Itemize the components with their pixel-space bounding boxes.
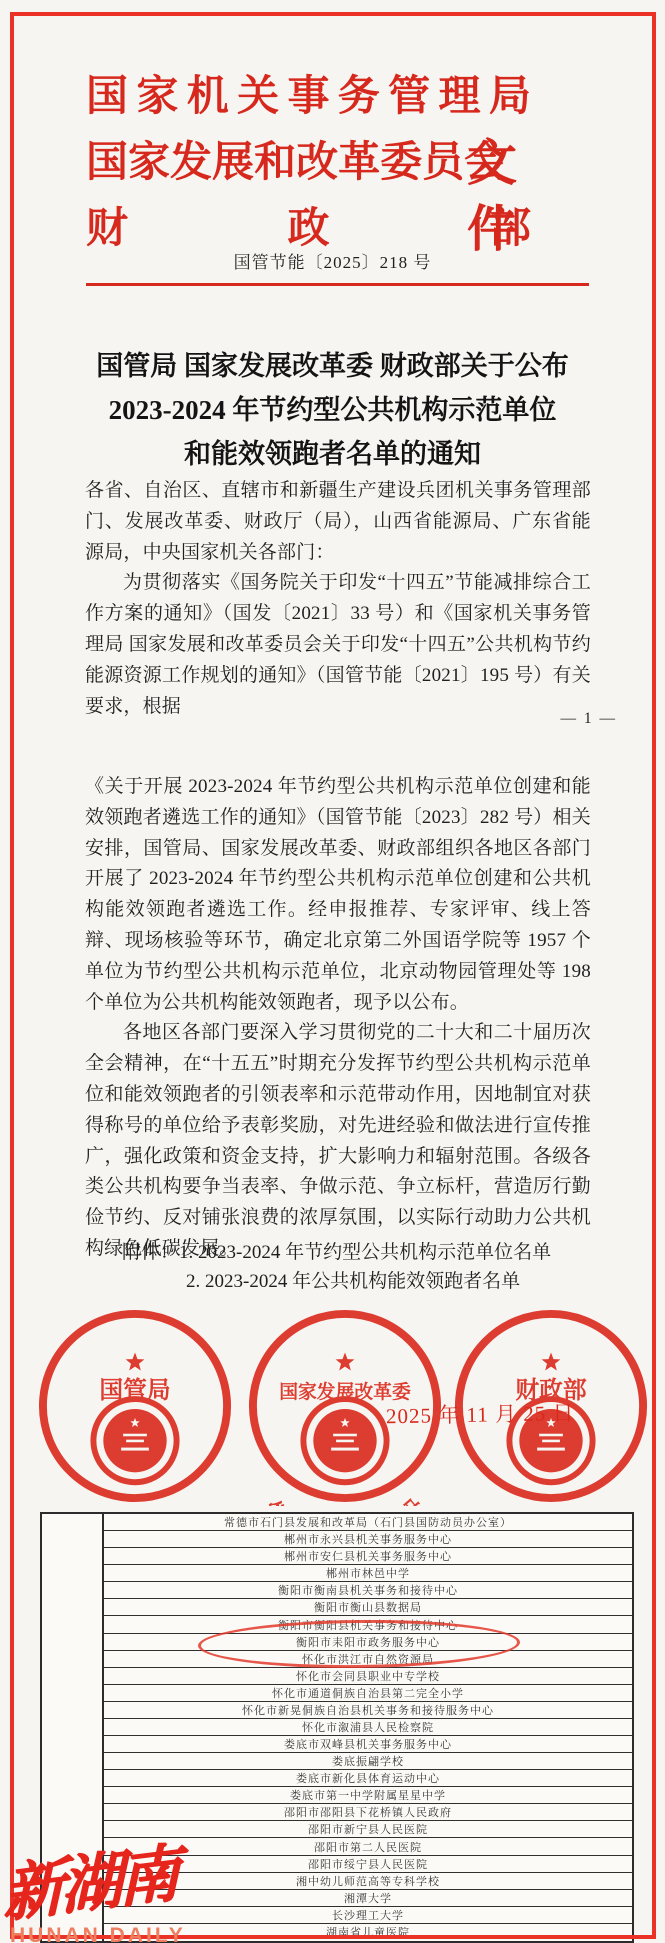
table-row: 娄底市新化县体育运动中心 bbox=[104, 1770, 632, 1787]
attachment-item-1: 1. 2023-2024 年节约型公共机构示范单位名单 bbox=[179, 1242, 551, 1263]
document-title: 国管局 国家发展改革委 财政部关于公布 2023-2024 年节约型公共机构示范… bbox=[65, 344, 600, 476]
attachment-item-2: 2. 2023-2024 年公共机构能效领跑者名单 bbox=[186, 1271, 520, 1292]
table-row: 湘潭大学 bbox=[104, 1890, 632, 1907]
table-row: 衡阳市衡山县数据局 bbox=[104, 1599, 632, 1616]
letterhead-char: 家 bbox=[136, 64, 178, 130]
national-emblem-icon bbox=[303, 1399, 386, 1482]
attachment-line-2: 2. 2023-2024 年公共机构能效领跑者名单 bbox=[186, 1267, 551, 1296]
letterhead-char: 发 bbox=[170, 130, 212, 196]
table-row: 娄底市第一中学附属星星中学 bbox=[104, 1787, 632, 1804]
letterhead-char: 员 bbox=[422, 130, 464, 196]
table-row: 邵阳市第二人民医院 bbox=[104, 1838, 632, 1855]
table-row: 怀化市会同县职业中专学校 bbox=[104, 1668, 632, 1685]
table-row: 常德市石门县发展和改革局（石门县国防动员办公室） bbox=[104, 1514, 632, 1531]
paragraph-2: 《关于开展 2023-2024 年节约型公共机构示范单位创建和能效领跑者遴选工作… bbox=[85, 772, 591, 1018]
table-row: 娄底振翩学校 bbox=[104, 1753, 632, 1770]
table-row: 衡阳市耒阳市政务服务中心 bbox=[104, 1634, 632, 1651]
title-line-1: 国管局 国家发展改革委 财政部关于公布 bbox=[65, 344, 600, 388]
letterhead-char: 机 bbox=[187, 64, 229, 130]
table-row: 怀化市通道侗族自治县第二完全小学 bbox=[104, 1685, 632, 1702]
table-row: 娄底市双峰县机关事务服务中心 bbox=[104, 1736, 632, 1753]
table-row: 怀化市溆浦县人民检察院 bbox=[104, 1719, 632, 1736]
letterhead-char: 革 bbox=[338, 130, 380, 196]
seal-guoguanju: 国家机关事务管理局 国管局 bbox=[36, 1306, 234, 1506]
attachments: 附件：1. 2023-2024 年节约型公共机构示范单位名单 2. 2023-2… bbox=[122, 1238, 551, 1296]
table-row: 郴州市永兴县机关事务服务中心 bbox=[104, 1531, 632, 1548]
title-line-2: 2023-2024 年节约型公共机构示范单位 bbox=[65, 388, 600, 432]
title-line-3: 和能效领跑者名单的通知 bbox=[65, 432, 600, 476]
letterhead: 国家机关事务管理局 国家发展和改革委员会 财政部 文件 bbox=[86, 64, 566, 262]
table-left-column bbox=[42, 1514, 104, 1941]
letterhead-char: 理 bbox=[439, 64, 481, 130]
table-row: 衡阳市衡阳县机关事务和接待中心 bbox=[104, 1616, 632, 1633]
salutation-paragraph: 各省、自治区、直辖市和新疆生产建设兵团机关事务管理部门、发展改革委、财政厅（局）… bbox=[85, 476, 591, 568]
seal-star-icon bbox=[542, 1353, 561, 1371]
letterhead-agency-1: 国家机关事务管理局 bbox=[86, 64, 531, 130]
table-row: 衡阳市衡南县机关事务和接待中心 bbox=[104, 1582, 632, 1599]
paragraph-3: 各地区各部门要深入学习贯彻党的二十大和二十届历次全会精神，在“十五五”时期充分发… bbox=[85, 1018, 591, 1264]
body-page-1: 各省、自治区、直辖市和新疆生产建设兵团机关事务管理部门、发展改革委、财政厅（局）… bbox=[85, 476, 591, 722]
table-row: 邵阳市绥宁县人民医院 bbox=[104, 1856, 632, 1873]
letterhead-char: 国 bbox=[86, 130, 128, 196]
attachments-label: 附件： bbox=[122, 1242, 179, 1263]
red-divider-line bbox=[86, 283, 589, 286]
signature-date: 2025 年 11 月 25 日 bbox=[386, 1396, 646, 1431]
table-row: 邵阳市新宁县人民医院 bbox=[104, 1821, 632, 1838]
letterhead-char: 改 bbox=[296, 130, 338, 196]
attachment-line-1: 附件：1. 2023-2024 年节约型公共机构示范单位名单 bbox=[122, 1238, 551, 1267]
table-row: 怀化市洪江市自然资源局 bbox=[104, 1651, 632, 1668]
page-number: — 1 — bbox=[561, 710, 618, 728]
letterhead-char: 管 bbox=[388, 64, 430, 130]
body-page-2: 《关于开展 2023-2024 年节约型公共机构示范单位创建和能效领跑者遴选工作… bbox=[85, 772, 591, 1265]
seal-star-icon bbox=[126, 1353, 145, 1371]
document-number: 国管节能〔2025〕218 号 bbox=[0, 248, 665, 273]
letterhead-agency-2: 国家发展和改革委员会 bbox=[86, 130, 476, 196]
paragraph-1: 为贯彻落实《国务院关于印发“十四五”节能减排综合工作方案的通知》（国发〔2021… bbox=[85, 568, 591, 722]
table-row: 邵阳市邵阳县下花桥镇人民政府 bbox=[104, 1804, 632, 1821]
table-row: 湖南省儿童医院 bbox=[104, 1924, 632, 1941]
official-document-page: 国家机关事务管理局 国家发展和改革委员会 财政部 文件 国管节能〔2025〕21… bbox=[0, 0, 665, 1943]
letterhead-char: 局 bbox=[489, 64, 531, 130]
unit-list-table: 常德市石门县发展和改革局（石门县国防动员办公室）郴州市永兴县机关事务服务中心郴州… bbox=[40, 1512, 634, 1943]
letterhead-char: 委 bbox=[380, 130, 422, 196]
letterhead-char: 和 bbox=[254, 130, 296, 196]
table-row: 郴州市林邑中学 bbox=[104, 1565, 632, 1582]
table-row: 湘中幼儿师范高等专科学校 bbox=[104, 1873, 632, 1890]
letterhead-suffix-wenjian: 文件 bbox=[467, 130, 566, 196]
letterhead-char: 关 bbox=[237, 64, 279, 130]
national-emblem-icon bbox=[93, 1399, 176, 1482]
letterhead-char: 国 bbox=[86, 64, 128, 130]
letterhead-char: 展 bbox=[212, 130, 254, 196]
letterhead-char: 事 bbox=[287, 64, 329, 130]
table-row: 怀化市新晃侗族自治县机关事务和接待服务中心 bbox=[104, 1702, 632, 1719]
table-rows: 常德市石门县发展和改革局（石门县国防动员办公室）郴州市永兴县机关事务服务中心郴州… bbox=[104, 1514, 632, 1941]
letterhead-char: 家 bbox=[128, 130, 170, 196]
table-row: 郴州市安仁县机关事务服务中心 bbox=[104, 1548, 632, 1565]
letterhead-char: 务 bbox=[338, 64, 380, 130]
table-row: 长沙理工大学 bbox=[104, 1907, 632, 1924]
seal-star-icon bbox=[336, 1353, 355, 1371]
